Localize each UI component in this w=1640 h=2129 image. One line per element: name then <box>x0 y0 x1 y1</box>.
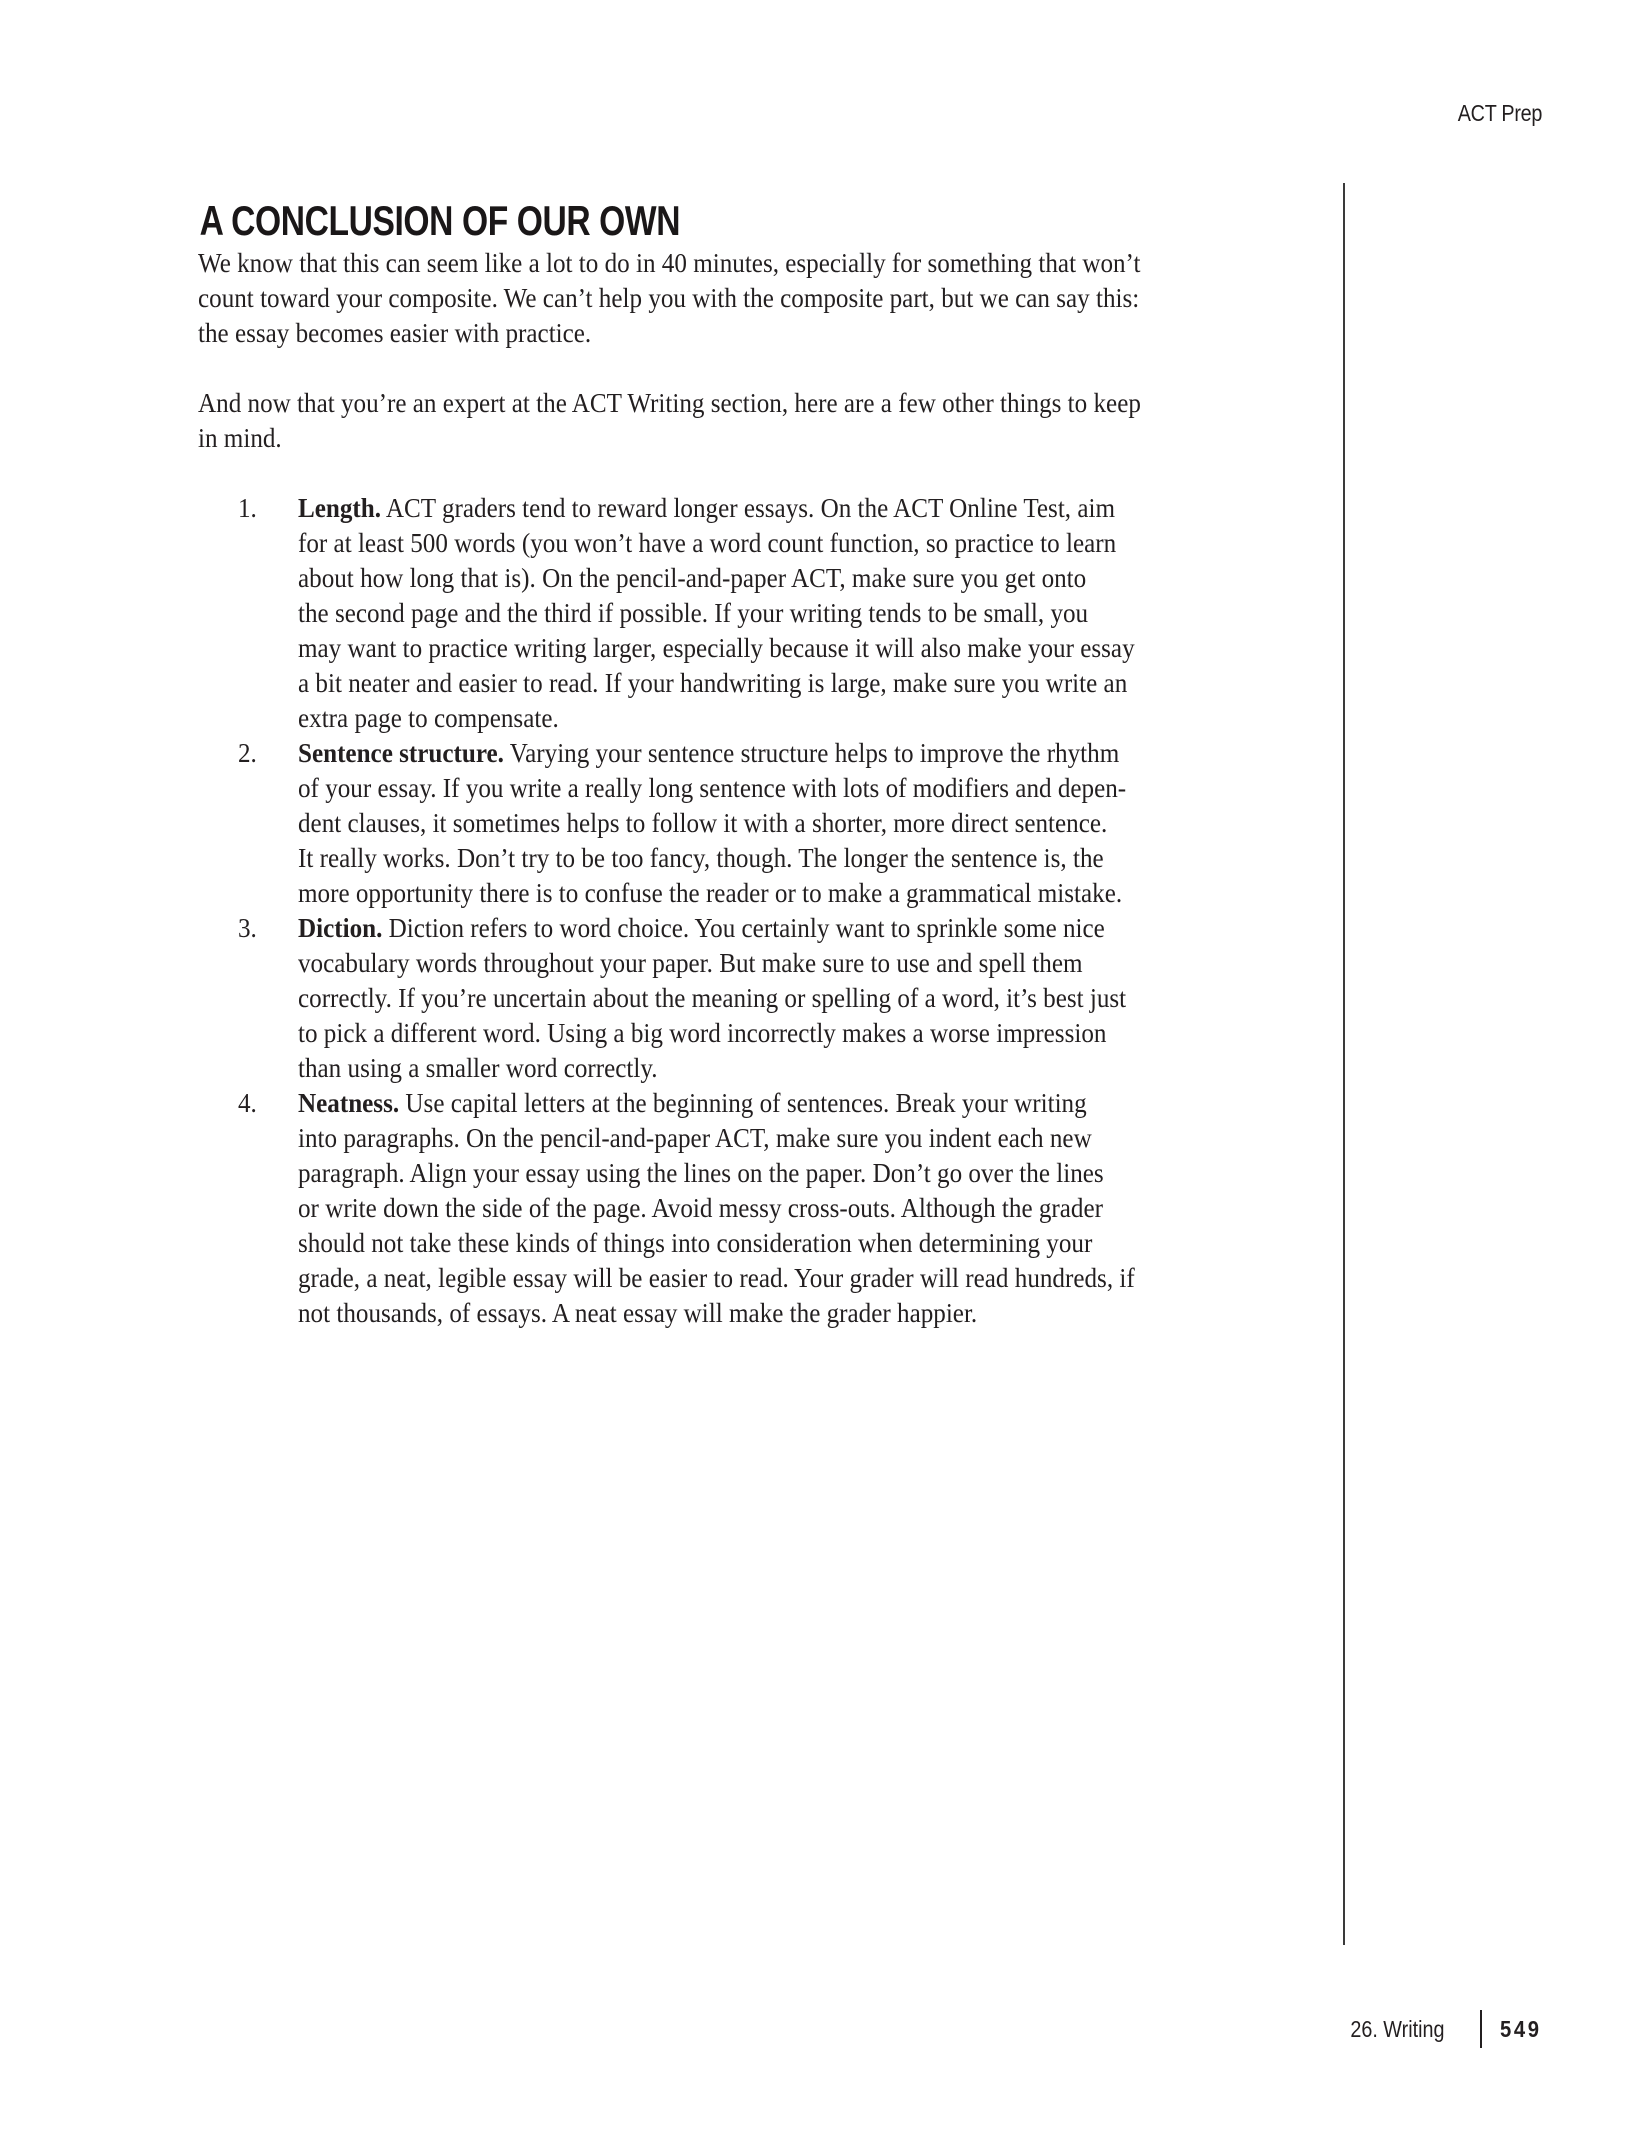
list-number: 2. <box>238 736 257 771</box>
list-item-sentence-structure: 2. Sentence structure. Varying your sent… <box>198 736 1308 911</box>
page-footer: 26. Writing 549 <box>1340 2006 1547 2052</box>
text-line: dent clauses, it sometimes helps to foll… <box>298 806 1237 841</box>
text-line: We know that this can seem like a lot to… <box>198 246 1230 281</box>
list-text: ACT graders tend to reward longer essays… <box>381 493 1115 523</box>
side-rule-divider <box>1343 183 1345 1945</box>
list-item-length: 1. Length. ACT graders tend to reward lo… <box>198 491 1308 736</box>
page-number: 549 <box>1500 2016 1542 2043</box>
text-line: count toward your composite. We can’t he… <box>198 281 1230 316</box>
list-text: Use capital letters at the beginning of … <box>399 1088 1087 1118</box>
text-line: correctly. If you’re uncertain about the… <box>298 981 1237 1016</box>
text-line: may want to practice writing larger, esp… <box>298 631 1237 666</box>
list-term: Neatness. <box>298 1088 399 1118</box>
footer-chapter-label: 26. Writing <box>1340 2016 1452 2043</box>
list-term: Sentence structure. <box>298 738 504 768</box>
text-line: should not take these kinds of things in… <box>298 1226 1237 1261</box>
text-line: into paragraphs. On the pencil-and-paper… <box>298 1121 1237 1156</box>
text-line: the second page and the third if possibl… <box>298 596 1237 631</box>
page-content: A CONCLUSION OF OUR OWN We know that thi… <box>198 196 1308 1331</box>
text-line: vocabulary words throughout your paper. … <box>298 946 1237 981</box>
running-head: ACT Prep <box>1458 98 1542 128</box>
footer-divider <box>1480 2010 1482 2048</box>
text-line: Neatness. Use capital letters at the beg… <box>298 1086 1237 1121</box>
text-line: Diction. Diction refers to word choice. … <box>298 911 1237 946</box>
list-number: 4. <box>238 1086 257 1121</box>
list-item-diction: 3. Diction. Diction refers to word choic… <box>198 911 1308 1086</box>
list-number: 1. <box>238 491 257 526</box>
text-line: the essay becomes easier with practice. <box>198 316 1230 351</box>
text-line: about how long that is). On the pencil-a… <box>298 561 1237 596</box>
section-title: A CONCLUSION OF OUR OWN <box>198 196 1086 246</box>
intro-paragraph-2: And now that you’re an expert at the ACT… <box>198 386 1308 456</box>
text-line: for at least 500 words (you won’t have a… <box>298 526 1237 561</box>
text-line: paragraph. Align your essay using the li… <box>298 1156 1237 1191</box>
text-line: And now that you’re an expert at the ACT… <box>198 386 1230 421</box>
intro-paragraph-1: We know that this can seem like a lot to… <box>198 246 1308 351</box>
text-line: grade, a neat, legible essay will be eas… <box>298 1261 1237 1296</box>
text-line: a bit neater and easier to read. If your… <box>298 666 1237 701</box>
text-line: to pick a different word. Using a big wo… <box>298 1016 1237 1051</box>
list-text: Varying your sentence structure helps to… <box>504 738 1119 768</box>
text-line: than using a smaller word correctly. <box>298 1051 1237 1086</box>
text-line: Sentence structure. Varying your sentenc… <box>298 736 1237 771</box>
list-text: Diction refers to word choice. You certa… <box>382 913 1104 943</box>
text-line: more opportunity there is to confuse the… <box>298 876 1237 911</box>
text-line: It really works. Don’t try to be too fan… <box>298 841 1237 876</box>
list-item-neatness: 4. Neatness. Use capital letters at the … <box>198 1086 1308 1331</box>
tips-list: 1. Length. ACT graders tend to reward lo… <box>198 491 1308 1331</box>
list-term: Length. <box>298 493 381 523</box>
text-line: in mind. <box>198 421 1230 456</box>
text-line: extra page to compensate. <box>298 701 1237 736</box>
text-line: of your essay. If you write a really lon… <box>298 771 1237 806</box>
list-number: 3. <box>238 911 257 946</box>
text-line: Length. ACT graders tend to reward longe… <box>298 491 1237 526</box>
text-line: or write down the side of the page. Avoi… <box>298 1191 1237 1226</box>
list-term: Diction. <box>298 913 382 943</box>
text-line: not thousands, of essays. A neat essay w… <box>298 1296 1237 1331</box>
